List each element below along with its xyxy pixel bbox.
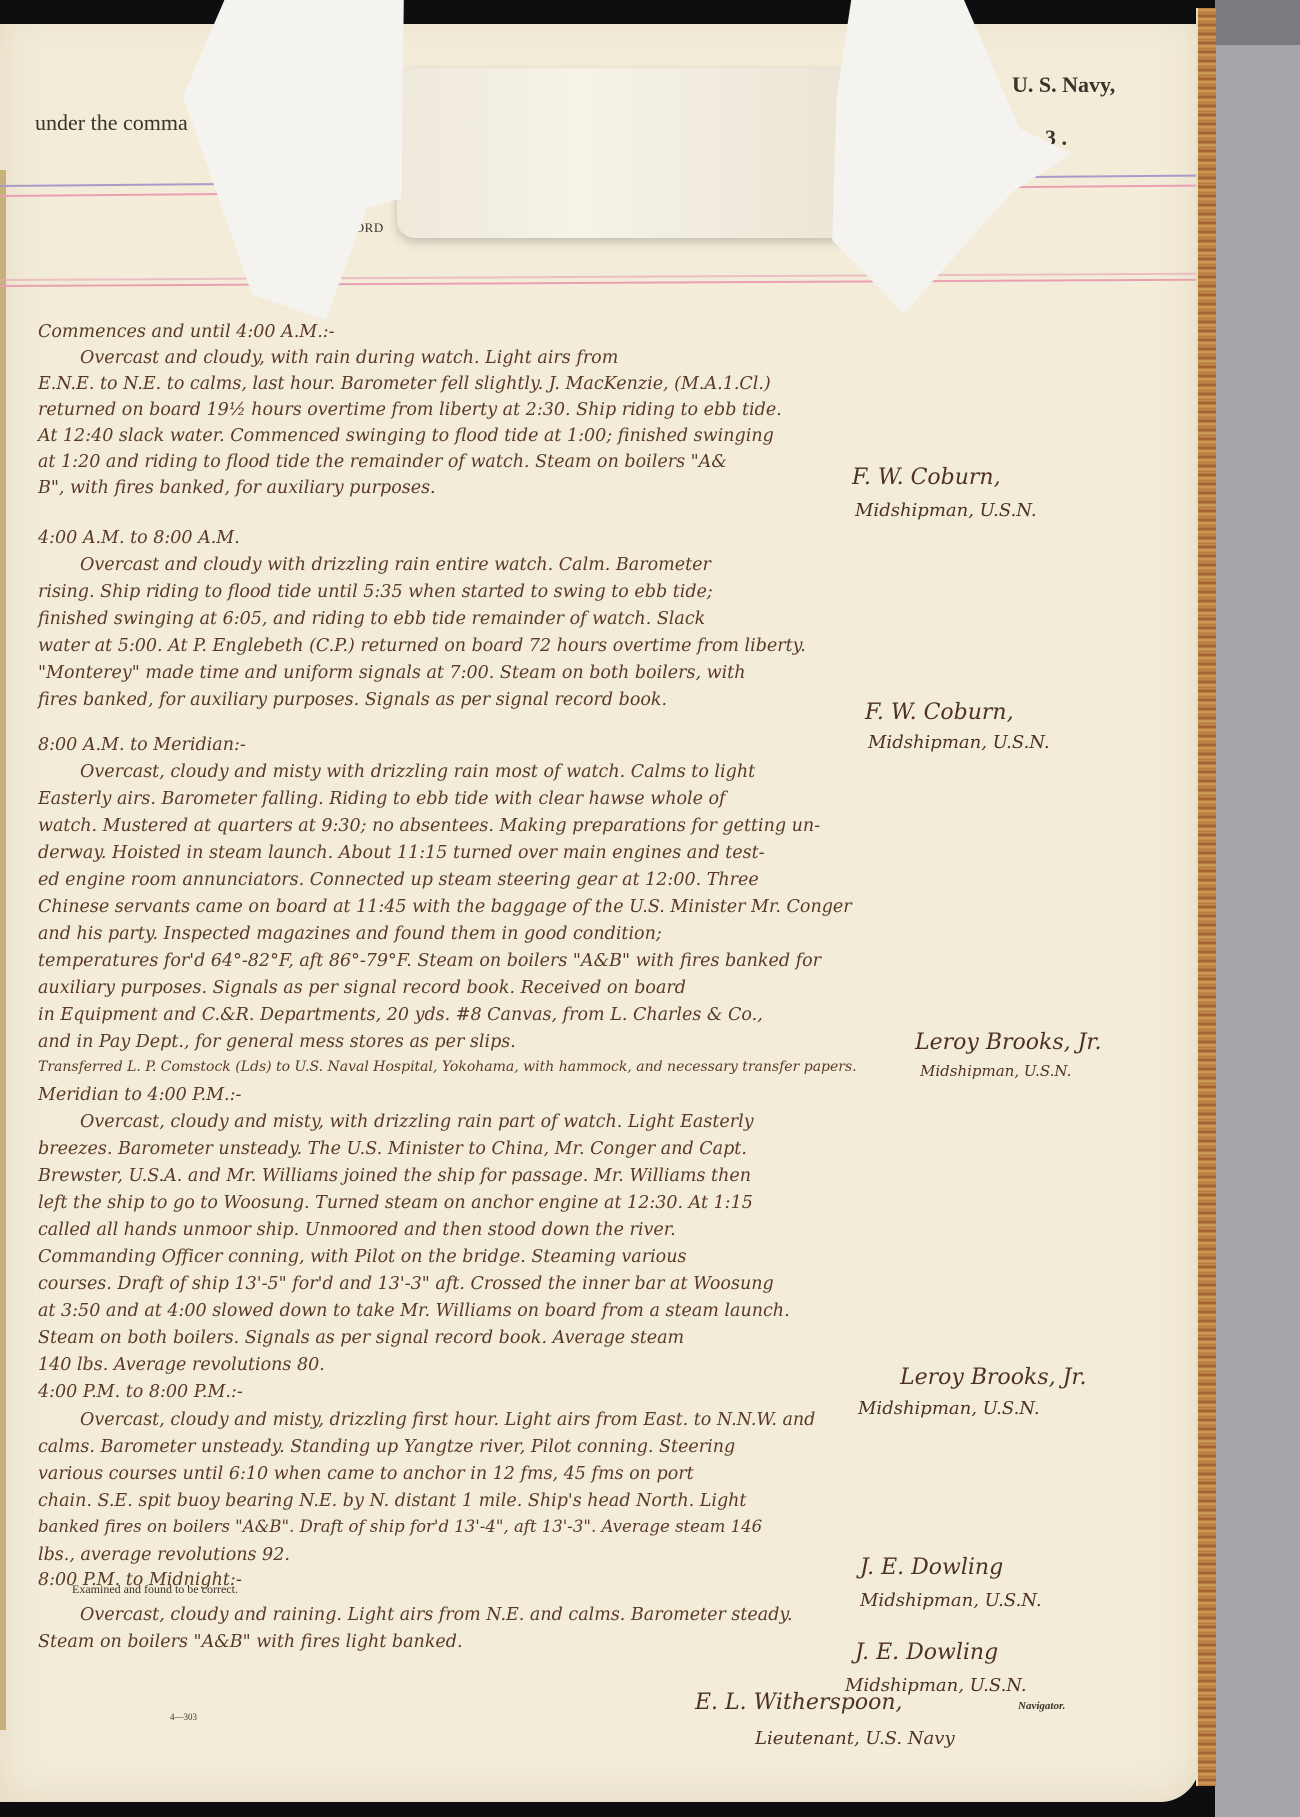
form-number: 4—303	[170, 1712, 197, 1722]
log-line: in Equipment and C.&R. Departments, 20 y…	[38, 1005, 763, 1025]
log-line: courses. Draft of ship 13'-5" for'd and …	[38, 1274, 774, 1294]
log-line: at 1:20 and riding to flood tide the rem…	[38, 452, 727, 472]
signature-rank: Midshipman, U.S.N.	[855, 500, 1037, 521]
paper-roll-weight	[397, 68, 852, 238]
log-line: returned on board 19½ hours overtime fro…	[38, 400, 782, 420]
signature-rank: Midshipman, U.S.N.	[920, 1062, 1071, 1080]
page-top-shadow	[0, 0, 1215, 60]
watch-heading: 4:00 A.M. to 8:00 A.M.	[38, 528, 240, 548]
log-line: Chinese servants came on board at 11:45 …	[38, 897, 852, 917]
log-line: lbs., average revolutions 92.	[38, 1545, 290, 1565]
log-line: chain. S.E. spit buoy bearing N.E. by N.…	[38, 1491, 746, 1511]
log-line: Overcast, cloudy and misty, drizzling fi…	[80, 1410, 815, 1430]
log-line: watch. Mustered at quarters at 9:30; no …	[38, 816, 820, 836]
signature: Leroy Brooks, Jr.	[915, 1030, 1102, 1055]
log-line: ed engine room annunciators. Connected u…	[38, 870, 759, 890]
log-line: Overcast, cloudy and misty, with drizzli…	[80, 1112, 754, 1132]
watch-heading: Meridian to 4:00 P.M.:-	[38, 1085, 241, 1105]
log-line: temperatures for'd 64°-82°F, aft 86°-79°…	[38, 951, 821, 971]
header-command-text: under the comma	[35, 110, 188, 136]
background-gray	[1215, 45, 1300, 1817]
signature: J. E. Dowling	[860, 1555, 1003, 1580]
log-line: "Monterey" made time and uniform signals…	[38, 663, 745, 683]
signature-rank: Midshipman, U.S.N.	[858, 1398, 1040, 1419]
log-line: calms. Barometer unsteady. Standing up Y…	[38, 1437, 735, 1457]
log-line: Overcast and cloudy with drizzling rain …	[80, 555, 711, 575]
log-line: finished swinging at 6:05, and riding to…	[38, 609, 705, 629]
navigator-rank: Lieutenant, U.S. Navy	[755, 1728, 955, 1749]
page-edge	[1196, 8, 1216, 1786]
log-line: left the ship to go to Woosung. Turned s…	[38, 1193, 753, 1213]
log-line: Steam on both boilers. Signals as per si…	[38, 1328, 684, 1348]
log-line: at 3:50 and at 4:00 slowed down to take …	[38, 1301, 790, 1321]
log-line: E.N.E. to N.E. to calms, last hour. Baro…	[38, 374, 771, 394]
header-navy-text: U. S. Navy,	[1012, 72, 1115, 98]
log-line: derway. Hoisted in steam launch. About 1…	[38, 843, 765, 863]
log-line: auxiliary purposes. Signals as per signa…	[38, 978, 686, 998]
signature: F. W. Coburn,	[852, 465, 1001, 490]
signature-rank: Midshipman, U.S.N.	[868, 732, 1050, 753]
watch-heading: 4:00 P.M. to 8:00 P.M.:-	[38, 1382, 243, 1402]
log-line: Transferred L. P. Comstock (Lds) to U.S.…	[38, 1059, 857, 1075]
log-line: At 12:40 slack water. Commenced swinging…	[38, 426, 774, 446]
log-line: 140 lbs. Average revolutions 80.	[38, 1355, 325, 1375]
log-line: Overcast and cloudy, with rain during wa…	[80, 348, 618, 368]
signature: F. W. Coburn,	[865, 700, 1014, 725]
log-line: and his party. Inspected magazines and f…	[38, 924, 662, 944]
log-line: Easterly airs. Barometer falling. Riding…	[38, 789, 726, 809]
log-line: called all hands unmoor ship. Unmoored a…	[38, 1220, 676, 1240]
log-line: fires banked, for auxiliary purposes. Si…	[38, 690, 667, 710]
log-line: Overcast, cloudy and misty with drizzlin…	[80, 762, 755, 782]
log-line: and in Pay Dept., for general mess store…	[38, 1032, 516, 1052]
log-line: Overcast, cloudy and raining. Light airs…	[80, 1605, 793, 1625]
log-line: breezes. Barometer unsteady. The U.S. Mi…	[38, 1139, 747, 1159]
log-line: rising. Ship riding to flood tide until …	[38, 582, 713, 602]
log-line: Brewster, U.S.A. and Mr. Williams joined…	[38, 1166, 751, 1186]
signature: J. E. Dowling	[855, 1640, 998, 1665]
watch-heading: Commences and until 4:00 A.M.:-	[38, 322, 335, 342]
log-line: various courses until 6:10 when came to …	[38, 1464, 694, 1484]
navigator-signature: E. L. Witherspoon,	[695, 1690, 902, 1715]
log-line: banked fires on boilers "A&B". Draft of …	[38, 1518, 762, 1537]
log-line: Commanding Officer conning, with Pilot o…	[38, 1247, 686, 1267]
watch-heading: 8:00 A.M. to Meridian:-	[38, 735, 246, 755]
log-line: water at 5:00. At P. Englebeth (C.P.) re…	[38, 636, 806, 656]
log-line: B", with fires banked, for auxiliary pur…	[38, 478, 436, 498]
navigator-label: Navigator.	[1018, 1700, 1065, 1712]
signature-rank: Midshipman, U.S.N.	[860, 1590, 1042, 1611]
examined-stamp: Examined and found to be correct.	[72, 1582, 238, 1597]
binding-spine	[0, 170, 6, 1730]
log-line: Steam on boilers "A&B" with fires light …	[38, 1632, 463, 1652]
signature: Leroy Brooks, Jr.	[900, 1365, 1087, 1390]
background-top	[1215, 0, 1300, 45]
